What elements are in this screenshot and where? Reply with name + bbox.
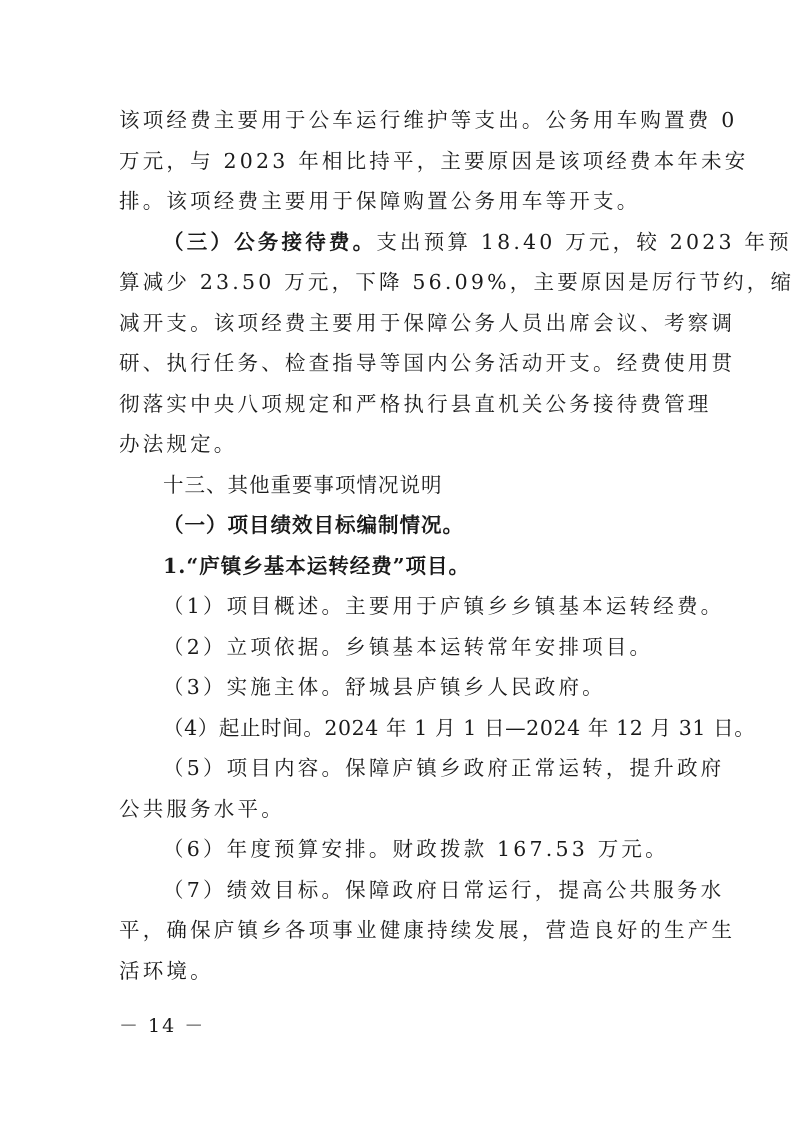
project-item-5: （5）项目内容。保障庐镇乡政府正常运转，提升政府 公共服务水平。 bbox=[119, 748, 675, 829]
text-line: （3）实施主体。舒城县庐镇乡人民政府。 bbox=[119, 667, 675, 708]
project-item-4: （4）起止时间。2024 年 1 月 1 日—2024 年 12 月 31 日。 bbox=[119, 708, 675, 749]
text-line: 公共服务水平。 bbox=[119, 789, 675, 830]
text-line: （5）项目内容。保障庐镇乡政府正常运转，提升政府 bbox=[119, 748, 675, 789]
text-line: 算减少 23.50 万元，下降 56.09%，主要原因是厉行节约，缩 bbox=[119, 262, 675, 303]
text-line: （1）项目概述。主要用于庐镇乡乡镇基本运转经费。 bbox=[119, 586, 675, 627]
project-item-3: （3）实施主体。舒城县庐镇乡人民政府。 bbox=[119, 667, 675, 708]
subsection-title: （一）项目绩效目标编制情况。 bbox=[119, 505, 675, 546]
page-number: － 14 － bbox=[119, 1011, 205, 1038]
project-item-2: （2）立项依据。乡镇基本运转常年安排项目。 bbox=[119, 627, 675, 668]
text-line: 办法规定。 bbox=[119, 424, 675, 465]
text-line: 彻落实中央八项规定和严格执行县直机关公务接待费管理 bbox=[119, 384, 675, 425]
paragraph-vehicle-expenses: 该项经费主要用于公车运行维护等支出。公务用车购置费 0 万元，与 2023 年相… bbox=[119, 100, 675, 222]
reception-heading: （三）公务接待费。 bbox=[163, 230, 376, 254]
section-title: 十三、其他重要事项情况说明 bbox=[119, 465, 675, 506]
text-line: （三）公务接待费。支出预算 18.40 万元，较 2023 年预 bbox=[119, 222, 675, 263]
project-item-1: （1）项目概述。主要用于庐镇乡乡镇基本运转经费。 bbox=[119, 586, 675, 627]
text-line: （4）起止时间。2024 年 1 月 1 日—2024 年 12 月 31 日。 bbox=[119, 708, 675, 749]
text-line: 活环境。 bbox=[119, 951, 675, 992]
text-line: 万元，与 2023 年相比持平，主要原因是该项经费本年未安 bbox=[119, 141, 675, 182]
project-item-6: （6）年度预算安排。财政拨款 167.53 万元。 bbox=[119, 829, 675, 870]
text-line: （6）年度预算安排。财政拨款 167.53 万元。 bbox=[119, 829, 675, 870]
section-13: 十三、其他重要事项情况说明 （一）项目绩效目标编制情况。 1.“庐镇乡基本运转经… bbox=[119, 465, 675, 992]
reception-line1-text: 支出预算 18.40 万元，较 2023 年预 bbox=[376, 230, 792, 254]
paragraph-reception-expenses: （三）公务接待费。支出预算 18.40 万元，较 2023 年预 算减少 23.… bbox=[119, 222, 675, 465]
project-title: 1.“庐镇乡基本运转经费”项目。 bbox=[119, 546, 675, 587]
text-line: （2）立项依据。乡镇基本运转常年安排项目。 bbox=[119, 627, 675, 668]
project-item-7: （7）绩效目标。保障政府日常运行，提高公共服务水 平，确保庐镇乡各项事业健康持续… bbox=[119, 870, 675, 992]
document-page: 该项经费主要用于公车运行维护等支出。公务用车购置费 0 万元，与 2023 年相… bbox=[0, 0, 793, 1122]
text-line: 该项经费主要用于公车运行维护等支出。公务用车购置费 0 bbox=[119, 100, 675, 141]
page-body: 该项经费主要用于公车运行维护等支出。公务用车购置费 0 万元，与 2023 年相… bbox=[119, 100, 675, 991]
text-line: （7）绩效目标。保障政府日常运行，提高公共服务水 bbox=[119, 870, 675, 911]
text-line: 排。该项经费主要用于保障购置公务用车等开支。 bbox=[119, 181, 675, 222]
text-line: 减开支。该项经费主要用于保障公务人员出席会议、考察调 bbox=[119, 303, 675, 344]
text-line: 研、执行任务、检查指导等国内公务活动开支。经费使用贯 bbox=[119, 343, 675, 384]
text-line: 平，确保庐镇乡各项事业健康持续发展，营造良好的生产生 bbox=[119, 910, 675, 951]
